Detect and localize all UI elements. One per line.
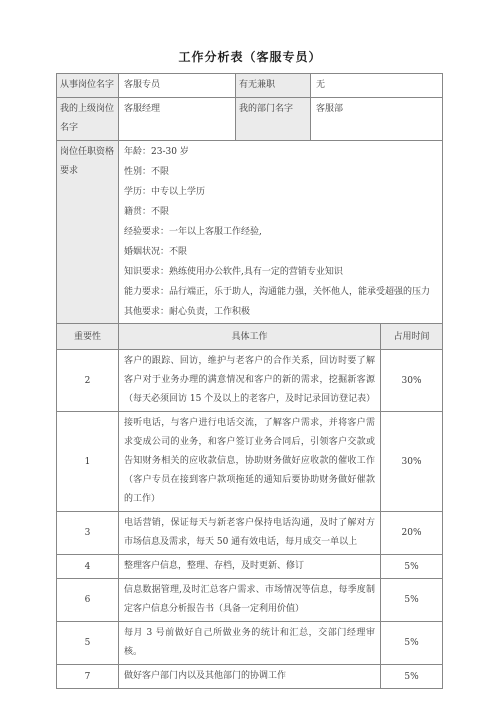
- qualification-line-marital: 婚姻状况：不限: [124, 242, 437, 262]
- column-header-task: 具体工作: [119, 324, 381, 350]
- duty-row: 4 整理客户信息，整理、存档，及时更新、修订 5%: [57, 555, 443, 579]
- job-analysis-table: 从事岗位名字 客服专员 有无兼职 无 我的上级岗位名字 客服经理 我的部门名字 …: [56, 73, 443, 689]
- importance-cell: 7: [57, 665, 119, 689]
- qualification-line-knowledge: 知识要求：熟练使用办公软件,具有一定的营销专业知识: [124, 262, 437, 282]
- time-cell: 30%: [381, 350, 443, 412]
- importance-cell: 2: [57, 350, 119, 412]
- importance-cell: 4: [57, 555, 119, 579]
- field-label-qualification: 岗位任职资格要求: [57, 141, 119, 324]
- time-cell: 5%: [381, 622, 443, 665]
- task-cell: 电话营销，保证每天与新老客户保持电话沟通，及时了解对方市场信息及需求，每天 50…: [119, 512, 381, 555]
- field-label-department-name: 我的部门名字: [236, 98, 311, 141]
- field-value-position-name: 客服专员: [119, 74, 236, 98]
- qualification-line-gender: 性别：不限: [124, 162, 437, 182]
- qualification-line-ability: 能力要求：品行端正，乐于助人，沟通能力强，关怀他人，能承受超强的压力: [124, 282, 437, 302]
- importance-cell: 3: [57, 512, 119, 555]
- page-title: 工作分析表（客服专员）: [0, 48, 500, 65]
- duty-row: 1 接听电话，与客户进行电话交流，了解客户需求，并将客户需求变成公司的业务，和客…: [57, 412, 443, 512]
- task-cell: 做好客户部门内以及其他部门的协调工作: [119, 665, 381, 689]
- field-label-superior-position: 我的上级岗位名字: [57, 98, 119, 141]
- field-value-department-name: 客服部: [311, 98, 443, 141]
- time-cell: 5%: [381, 555, 443, 579]
- column-header-time: 占用时间: [381, 324, 443, 350]
- duty-row: 3 电话营销，保证每天与新老客户保持电话沟通，及时了解对方市场信息及需求，每天 …: [57, 512, 443, 555]
- field-value-concurrent-job: 无: [311, 74, 443, 98]
- task-cell: 整理客户信息，整理、存档，及时更新、修订: [119, 555, 381, 579]
- time-cell: 30%: [381, 412, 443, 512]
- field-label-position-name: 从事岗位名字: [57, 74, 119, 98]
- task-cell: 接听电话，与客户进行电话交流，了解客户需求，并将客户需求变成公司的业务，和客户签…: [119, 412, 381, 512]
- duty-row: 7 做好客户部门内以及其他部门的协调工作 5%: [57, 665, 443, 689]
- column-header-importance: 重要性: [57, 324, 119, 350]
- qualification-content: 年龄：23-30 岁 性别：不限 学历：中专以上学历 籍贯：不限 经验要求：一年…: [119, 141, 443, 324]
- info-row-position: 从事岗位名字 客服专员 有无兼职 无: [57, 74, 443, 98]
- duty-row: 5 每月 3 号前做好自己所做业务的统计和汇总，交部门经理审核。 5%: [57, 622, 443, 665]
- qualification-line-experience: 经验要求：一年以上客服工作经验,: [124, 222, 437, 242]
- time-cell: 5%: [381, 579, 443, 622]
- duty-row: 2 客户的跟踪、回访，维护与老客户的合作关系，回访时要了解客户对于业务办理的满意…: [57, 350, 443, 412]
- duty-row: 6 信息数据管理,及时汇总客户需求、市场情况等信息，每季度制定客户信息分析报告书…: [57, 579, 443, 622]
- info-row-superior: 我的上级岗位名字 客服经理 我的部门名字 客服部: [57, 98, 443, 141]
- task-cell: 客户的跟踪、回访，维护与老客户的合作关系，回访时要了解客户对于业务办理的满意情况…: [119, 350, 381, 412]
- importance-cell: 6: [57, 579, 119, 622]
- time-cell: 5%: [381, 665, 443, 689]
- importance-cell: 5: [57, 622, 119, 665]
- task-cell: 信息数据管理,及时汇总客户需求、市场情况等信息，每季度制定客户信息分析报告书（具…: [119, 579, 381, 622]
- qualification-line-other: 其他要求：耐心负责，工作积极: [124, 302, 437, 322]
- qualification-row: 岗位任职资格要求 年龄：23-30 岁 性别：不限 学历：中专以上学历 籍贯：不…: [57, 141, 443, 324]
- field-value-superior-position: 客服经理: [119, 98, 236, 141]
- task-cell: 每月 3 号前做好自己所做业务的统计和汇总，交部门经理审核。: [119, 622, 381, 665]
- time-cell: 20%: [381, 512, 443, 555]
- qualification-line-origin: 籍贯：不限: [124, 202, 437, 222]
- field-label-concurrent-job: 有无兼职: [236, 74, 311, 98]
- importance-cell: 1: [57, 412, 119, 512]
- duties-header-row: 重要性 具体工作 占用时间: [57, 324, 443, 350]
- qualification-line-age: 年龄：23-30 岁: [124, 142, 437, 162]
- qualification-line-education: 学历：中专以上学历: [124, 182, 437, 202]
